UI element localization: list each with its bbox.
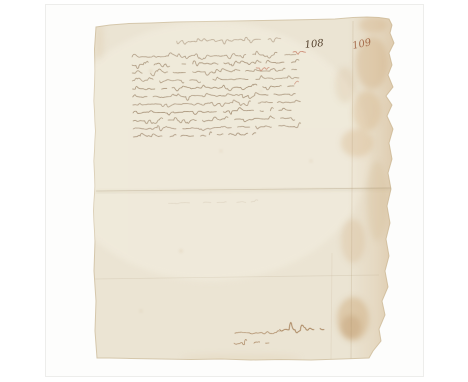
photo-frame: 108 109	[45, 4, 424, 377]
paper-highlight	[51, 21, 371, 281]
folio-number-left: 108	[304, 38, 324, 51]
manuscript-photo: 108 109	[46, 5, 423, 376]
